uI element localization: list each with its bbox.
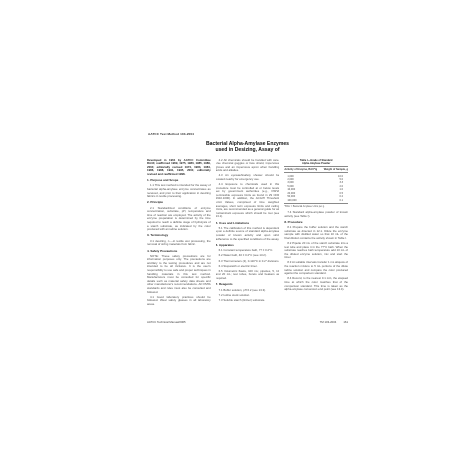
page-footer: AATCC Technical Manual/2005 TM 103-2004 … xyxy=(147,320,348,324)
method-number-header: AATCC Test Method 103-2004 xyxy=(148,132,348,136)
footer-page-number: 161 xyxy=(343,320,348,324)
table-cell-activity: 100,000 xyxy=(287,199,296,202)
paragraph: NOTE: These safety precautions are for i… xyxy=(147,255,211,294)
paragraph: 6.4 Stopwatch or electric timer. xyxy=(216,265,280,269)
paragraph: 4.2 All chemicals should be handled with… xyxy=(216,159,280,173)
table-rule-mid xyxy=(284,172,348,173)
text-columns: Developed in 1961 by AATCC Committee RA3… xyxy=(147,159,348,311)
paragraph: 6.3 Thermometers (2), 0-110°C in 0.2° di… xyxy=(216,260,280,264)
paragraph: 6.5 Volumetric flasks, 100 mL; pipettes,… xyxy=(216,270,280,281)
paragraph: 7.3 Soluble starch (lintner) substrate. xyxy=(216,299,280,303)
column-2: 4.2 All chemicals should be handled with… xyxy=(216,159,280,311)
paragraph: 4.3 An eyewash/safety shower should be l… xyxy=(216,174,280,181)
document-title-line2: used in Desizing, Assay of xyxy=(147,147,348,153)
table-footnote: *BAU = Bacterial Amylase Units per g. xyxy=(284,205,348,208)
paragraph: 8.3 At suitable intervals transfer 1 mL … xyxy=(284,261,348,275)
paragraph: 2.1 Standardized conditions of enzyme co… xyxy=(147,207,211,232)
section-heading: 2. Principle xyxy=(147,201,211,205)
footer-manual-label: AATCC Technical Manual/2005 xyxy=(147,320,186,324)
table-row: 100,0000.1 xyxy=(284,199,348,202)
table-i: Table I—Grade of StandardAlpha-Amylase P… xyxy=(284,159,348,209)
paragraph: 4.1 Good laboratory practices should be … xyxy=(147,296,211,307)
document-title: Bacterial Alpha-Amylase Enzymes used in … xyxy=(147,141,348,153)
paragraph: 8.2 Pipette 20 mL of the starch substrat… xyxy=(284,242,348,260)
screenshot-canvas: { "page": { "header": "AATCC Test Method… xyxy=(0,0,458,458)
paragraph: 7.2 Iodine stock solution. xyxy=(216,294,280,298)
paragraph: 6.1 Constant temperature bath, 77 ± 0.2°… xyxy=(216,249,280,253)
paragraph: 3.1 desizing, n.—in textile wet processi… xyxy=(147,240,211,247)
paragraph: 6.2 Water bath, 40 ± 0.2°C (see 13.2). xyxy=(216,254,280,258)
table-header-right: Weight of Sample, g xyxy=(324,168,348,171)
history-paragraph: Developed in 1961 by AATCC Committee RA3… xyxy=(147,159,211,177)
paragraph: 4.4 Exposure to chemicals used in this p… xyxy=(216,183,280,219)
table-header-left: Activity of Enzyme, BAU*/g xyxy=(284,168,317,171)
paragraph: 7.4 Standard alpha-amylase powder of kno… xyxy=(284,211,348,218)
paragraph: 7.1 Buffer solution, pH 6.2 (see 13.3). xyxy=(216,289,280,293)
section-heading: 5. Uses and Limitations xyxy=(216,222,280,226)
table-header-row: Activity of Enzyme, BAU*/gWeight of Samp… xyxy=(284,168,348,171)
paragraph: 5.1 The calibration of this method is de… xyxy=(216,227,280,241)
paragraph: 8.1 Prepare the buffer solution and the … xyxy=(284,226,348,240)
paragraph: 8.4 Record, to the nearest 0.1 min, the … xyxy=(284,277,348,291)
footer-method-label: TM 103-2004 xyxy=(320,320,337,324)
document-page: AATCC Test Method 103-2004 Bacterial Alp… xyxy=(147,132,348,324)
column-3: Table I—Grade of StandardAlpha-Amylase P… xyxy=(284,159,348,311)
table-rule-bottom xyxy=(284,203,348,204)
section-heading: 4. Safety Precautions xyxy=(147,250,211,254)
table-cell-weight: 0.1 xyxy=(339,199,343,202)
section-heading: 3. Terminology xyxy=(147,234,211,238)
table-rule-top xyxy=(284,166,348,167)
paragraph: 1.1 This test method is intended for the… xyxy=(147,184,211,198)
table-caption-line2: Alpha-Amylase Powder xyxy=(284,162,348,165)
section-heading: 7. Reagents xyxy=(216,283,280,287)
table-caption: Table I—Grade of StandardAlpha-Amylase P… xyxy=(284,159,348,165)
column-1: Developed in 1961 by AATCC Committee RA3… xyxy=(147,159,211,311)
footer-right-group: TM 103-2004 161 xyxy=(320,320,348,324)
